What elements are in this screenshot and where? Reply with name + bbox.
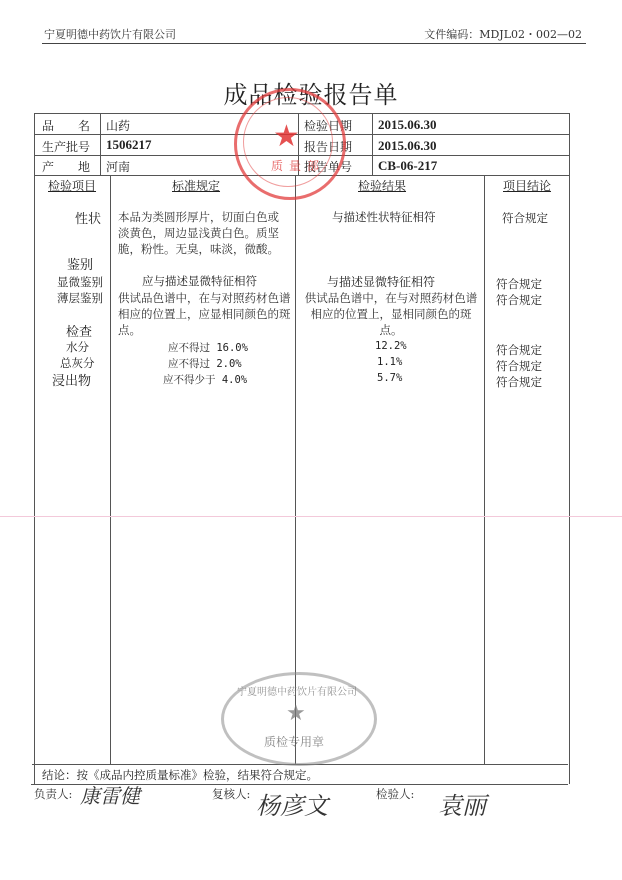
table-rule (484, 175, 485, 764)
result-extract: 5.7% (377, 372, 402, 384)
value-origin: 河南 (106, 158, 130, 175)
col-header-result: 检验结果 (358, 177, 406, 194)
item-check-heading: 检查 (66, 321, 92, 340)
result-tlc: 供试品色谱中，在与对照药材色谱相应的位置上，显相同颜色的斑点。 (301, 290, 481, 338)
result-microscopic: 与描述显微特征相符 (327, 273, 435, 290)
item-microscopic: 显微鉴别 (57, 274, 103, 290)
result-appearance: 与描述性状特征相符 (332, 209, 436, 225)
value-report-no: CB-06-217 (378, 158, 437, 174)
header-rule (42, 43, 586, 44)
col-header-item: 检验项目 (48, 177, 96, 194)
label-origin: 产 地 (42, 158, 90, 175)
item-total-ash: 总灰分 (60, 355, 95, 371)
conclusion-tlc: 符合规定 (496, 292, 542, 308)
table-rule (100, 113, 101, 175)
company-name: 宁夏明德中药饮片有限公司 (44, 26, 176, 42)
stamp-text-bottom: 质检专用章 (264, 733, 324, 750)
item-tlc: 薄层鉴别 (57, 290, 103, 306)
item-moisture: 水分 (66, 339, 89, 355)
conclusion-total-ash: 符合规定 (496, 358, 542, 374)
document-code: 文件编码：MDJL02・002—02 (424, 26, 582, 42)
item-identification-heading: 鉴别 (67, 254, 93, 273)
stamp-text-bottom: 质量部 (271, 157, 325, 174)
table-rule (569, 113, 570, 784)
star-icon: ★ (273, 119, 300, 154)
item-appearance: 性状 (75, 208, 101, 227)
reviewer-signature: 杨彦文 (256, 786, 328, 821)
value-inspect-date: 2015.06.30 (378, 117, 437, 133)
result-total-ash: 1.1% (377, 356, 402, 368)
standard-microscopic: 应与描述显微特征相符 (142, 273, 257, 289)
reviewer-label: 复核人: (212, 786, 250, 802)
inspector-signature: 袁丽 (438, 786, 486, 821)
table-rule (34, 113, 35, 784)
table-rule (372, 113, 373, 175)
value-batch: 1506217 (106, 137, 152, 153)
quality-dept-stamp: ★ 质量部 (234, 88, 346, 200)
conclusion-appearance: 符合规定 (502, 210, 548, 226)
stamp-text-top: 宁夏明德中药饮片有限公司 (234, 683, 360, 698)
result-moisture: 12.2% (375, 340, 407, 352)
standard-moisture: 应不得过 16.0% (168, 340, 248, 355)
conclusion-microscopic: 符合规定 (496, 276, 542, 292)
standard-total-ash: 应不得过 2.0% (168, 356, 242, 371)
col-header-conclusion: 项目结论 (503, 177, 551, 194)
label-batch: 生产批号 (42, 138, 90, 155)
item-extract: 浸出物 (52, 370, 91, 389)
star-icon: ★ (286, 701, 306, 726)
conclusion-extract: 符合规定 (496, 374, 542, 390)
value-report-date: 2015.06.30 (378, 138, 437, 154)
standard-tlc: 供试品色谱中，在与对照药材色谱相应的位置上，应显相同颜色的斑点。 (118, 290, 294, 338)
responsible-label: 负责人: (34, 786, 72, 802)
qc-stamp: 宁夏明德中药饮片有限公司 ★ 质检专用章 (221, 672, 377, 766)
col-header-standard: 标准规定 (172, 177, 220, 194)
scan-artifact-line (0, 516, 622, 517)
standard-extract: 应不得少于 4.0% (163, 372, 247, 387)
conclusion-moisture: 符合规定 (496, 342, 542, 358)
responsible-signature: 康雷健 (80, 780, 140, 809)
table-rule (110, 175, 111, 764)
inspector-label: 检验人: (376, 786, 414, 802)
label-product-name: 品 名 (42, 117, 90, 134)
value-product-name: 山药 (106, 117, 130, 134)
standard-appearance: 本品为类圆形厚片，切面白色或淡黄色，周边显浅黄白色。质坚脆，粉性。无臭，味淡，微… (118, 209, 290, 257)
